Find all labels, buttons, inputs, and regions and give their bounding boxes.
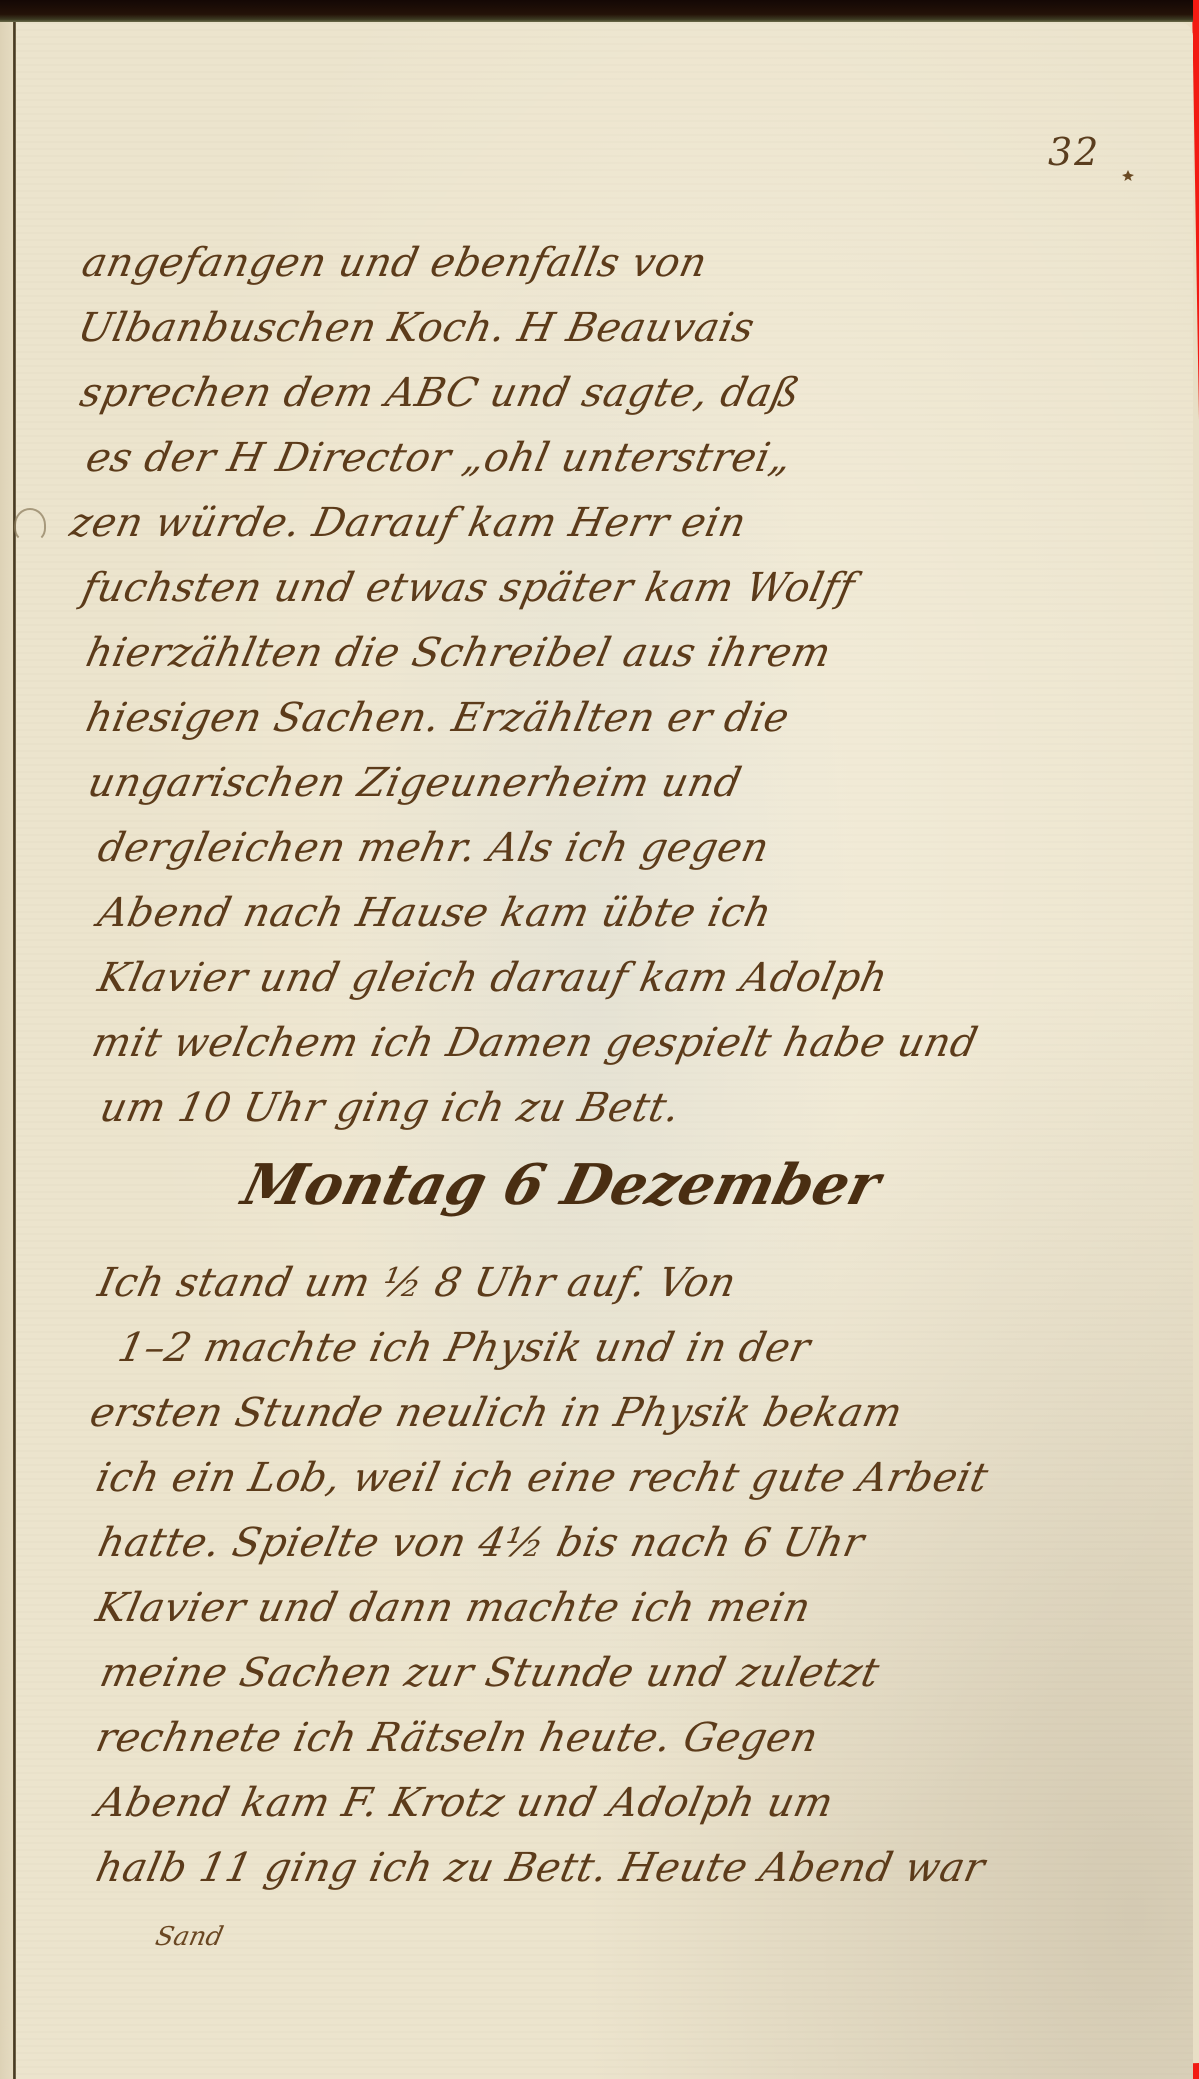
diary-entry-heading: Montag 6 Dezember (236, 1152, 887, 1218)
text-line: Abend kam F. Krotz und Adolph um (92, 1780, 838, 1826)
book-top-edge-shadow (0, 0, 1193, 22)
text-line: ersten Stunde neulich in Physik bekam (86, 1390, 907, 1436)
facing-page-strip (0, 22, 14, 2079)
text-line: ich ein Lob, weil ich eine recht gute Ar… (92, 1455, 992, 1501)
text-line: sprechen dem ABC und sagte, daß (76, 370, 804, 416)
text-line: Ulbanbuschen Koch. H Beauvais (74, 305, 759, 351)
text-block: angefangen und ebenfalls von Ulbanbusche… (16, 22, 1193, 2079)
text-line: hiesigen Sachen. Erzählten er die (82, 695, 793, 741)
text-line: angefangen und ebenfalls von (78, 240, 711, 286)
red-backdrop-right-edge (1192, 0, 1199, 420)
catchword: Sand (153, 1922, 226, 1952)
text-line: hatte. Spielte von 4½ bis nach 6 Uhr (94, 1520, 868, 1566)
binding-thread-icon (14, 508, 46, 542)
text-line: es der H Director „ohl unterstrei„ (82, 435, 796, 481)
text-line: rechnete ich Rätseln heute. Gegen (92, 1715, 822, 1761)
text-line: um 10 Uhr ging ich zu Bett. (96, 1085, 684, 1131)
text-line: 1–2 machte ich Physik und in der (114, 1325, 815, 1371)
text-line: hierzählten die Schreibel aus ihrem (82, 630, 835, 676)
text-line: meine Sachen zur Stunde und zuletzt (96, 1650, 883, 1696)
text-line: Klavier und gleich darauf kam Adolph (94, 955, 892, 1001)
text-line: Abend nach Hause kam übte ich (94, 890, 776, 936)
text-line: mit welchem ich Damen gespielt habe und (88, 1020, 982, 1066)
text-line: halb 11 ging ich zu Bett. Heute Abend wa… (92, 1845, 989, 1891)
text-line: dergleichen mehr. Als ich gegen (94, 825, 773, 871)
text-line: fuchsten und etwas später kam Wolff (78, 565, 859, 611)
text-line: Klavier und dann machte ich mein (92, 1585, 815, 1631)
text-line: Ich stand um ½ 8 Uhr auf. Von (94, 1260, 740, 1306)
text-line: ungarischen Zigeunerheim und (84, 760, 746, 806)
manuscript-page: 32 angefangen und ebenfalls von Ulbanbus… (16, 22, 1193, 2079)
text-line: zen würde. Darauf kam Herr ein (66, 500, 750, 546)
